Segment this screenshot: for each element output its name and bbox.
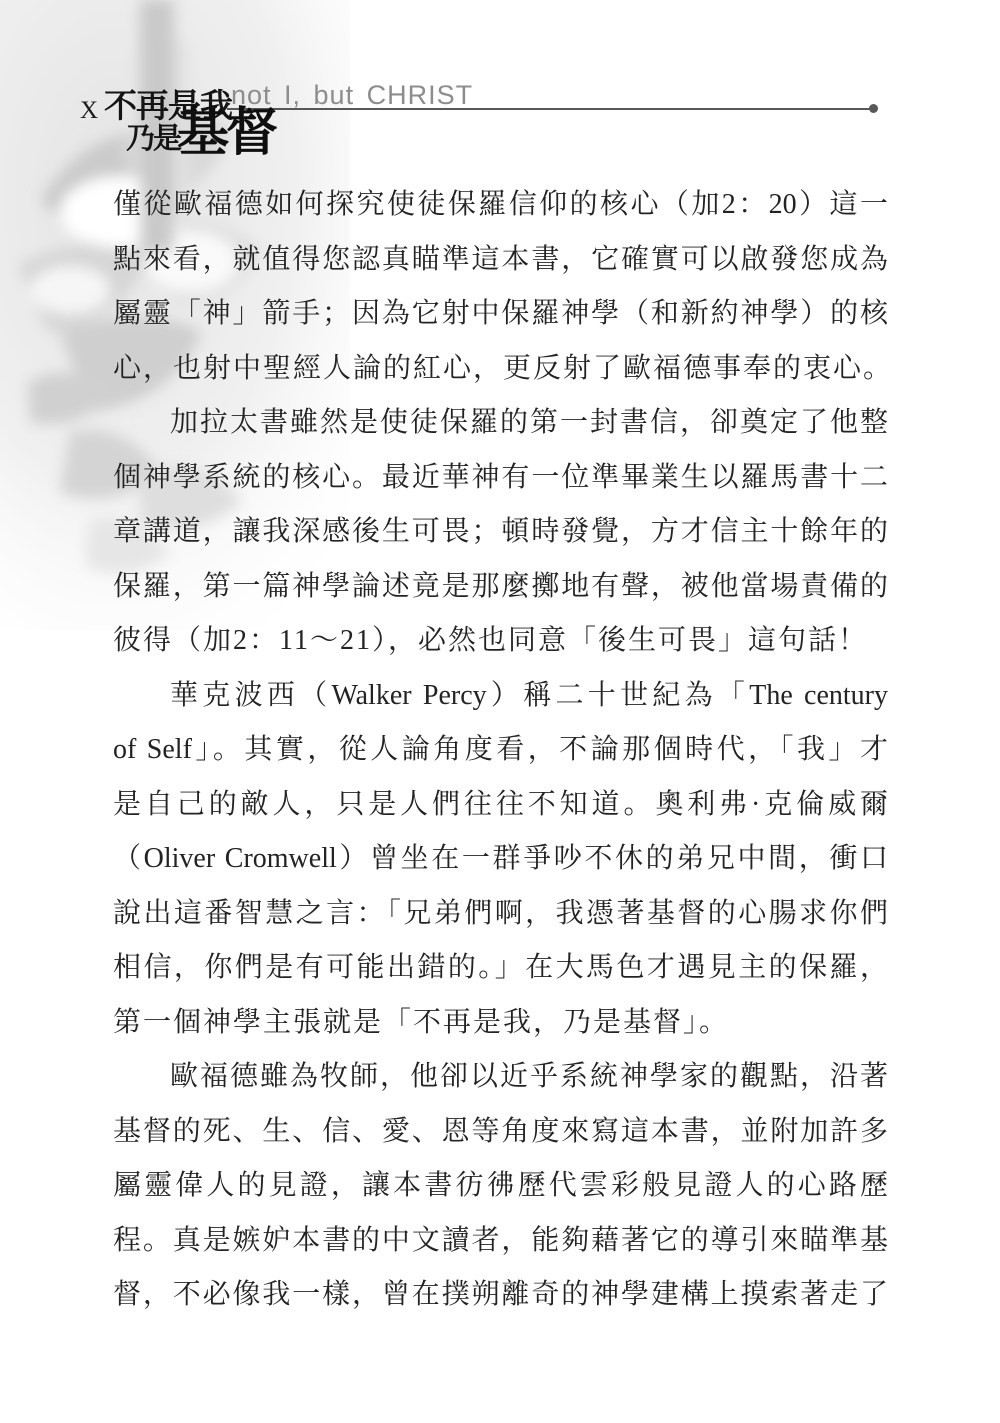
body-line: 說出這番智慧之言：「兄弟們啊，我憑著基督的心腸求你們 xyxy=(113,887,888,942)
body-line: 個神學系統的核心。最近華神有一位準畢業生以羅馬書十二 xyxy=(113,451,888,506)
header-rule-dot xyxy=(869,104,878,113)
body-line: 屬靈「神」箭手；因為它射中保羅神學（和新約神學）的核 xyxy=(113,287,888,342)
body-line: of Self」。其實，從人論角度看，不論那個時代，「我」才 xyxy=(113,723,888,778)
body-line: 屬靈偉人的見證，讓本書彷彿歷代雲彩般見證人的心路歷 xyxy=(113,1159,888,1214)
body-line: 督，不必像我一樣，曾在撲朔離奇的神學建構上摸索著走了 xyxy=(113,1268,888,1323)
book-page: X 不再是我 乃是 基督 not I, but CHRIST 僅從歐福德如何探究… xyxy=(0,0,1000,1423)
body-line: 心，也射中聖經人論的紅心，更反射了歐福德事奉的衷心。 xyxy=(113,342,888,397)
body-line: 僅從歐福德如何探究使徒保羅信仰的核心（加2：20）這一 xyxy=(113,178,888,233)
body-line: 第一個神學主張就是「不再是我，乃是基督」。 xyxy=(113,996,888,1051)
body-line: 華克波西（Walker Percy）稱二十世紀為「The century xyxy=(113,669,888,724)
body-line: 加拉太書雖然是使徒保羅的第一封書信，卻奠定了他整 xyxy=(113,396,888,451)
body-line: 點來看，就值得您認真瞄準這本書，它確實可以啟發您成為 xyxy=(113,233,888,288)
book-title-zh-emphasis: 基督 xyxy=(177,107,275,159)
book-title-en: not I, but CHRIST xyxy=(231,80,473,111)
body-line: （Oliver Cromwell）曾坐在一群爭吵不休的弟兄中間，衝口 xyxy=(113,832,888,887)
body-line: 程。真是嫉妒本書的中文讀者，能夠藉著它的導引來瞄準基 xyxy=(113,1214,888,1269)
body-text: 僅從歐福德如何探究使徒保羅信仰的核心（加2：20）這一 點來看，就值得您認真瞄準… xyxy=(113,178,888,1323)
body-line: 相信，你們是有可能出錯的。」在大馬色才遇見主的保羅， xyxy=(113,941,888,996)
body-line: 是自己的敵人，只是人們往往不知道。奧利弗·克倫威爾 xyxy=(113,778,888,833)
body-line: 保羅，第一篇神學論述竟是那麼擲地有聲，被他當場責備的 xyxy=(113,560,888,615)
body-line: 彼得（加2：11～21），必然也同意「後生可畏」這句話！ xyxy=(113,614,888,669)
body-line: 基督的死、生、信、愛、恩等角度來寫這本書，並附加許多 xyxy=(113,1105,888,1160)
body-line: 章講道，讓我深感後生可畏；頓時發覺，方才信主十餘年的 xyxy=(113,505,888,560)
body-line: 歐福德雖為牧師，他卻以近乎系統神學家的觀點，沿著 xyxy=(113,1050,888,1105)
page-number: X xyxy=(80,97,99,125)
book-title-zh-mid: 乃是 xyxy=(126,116,180,157)
